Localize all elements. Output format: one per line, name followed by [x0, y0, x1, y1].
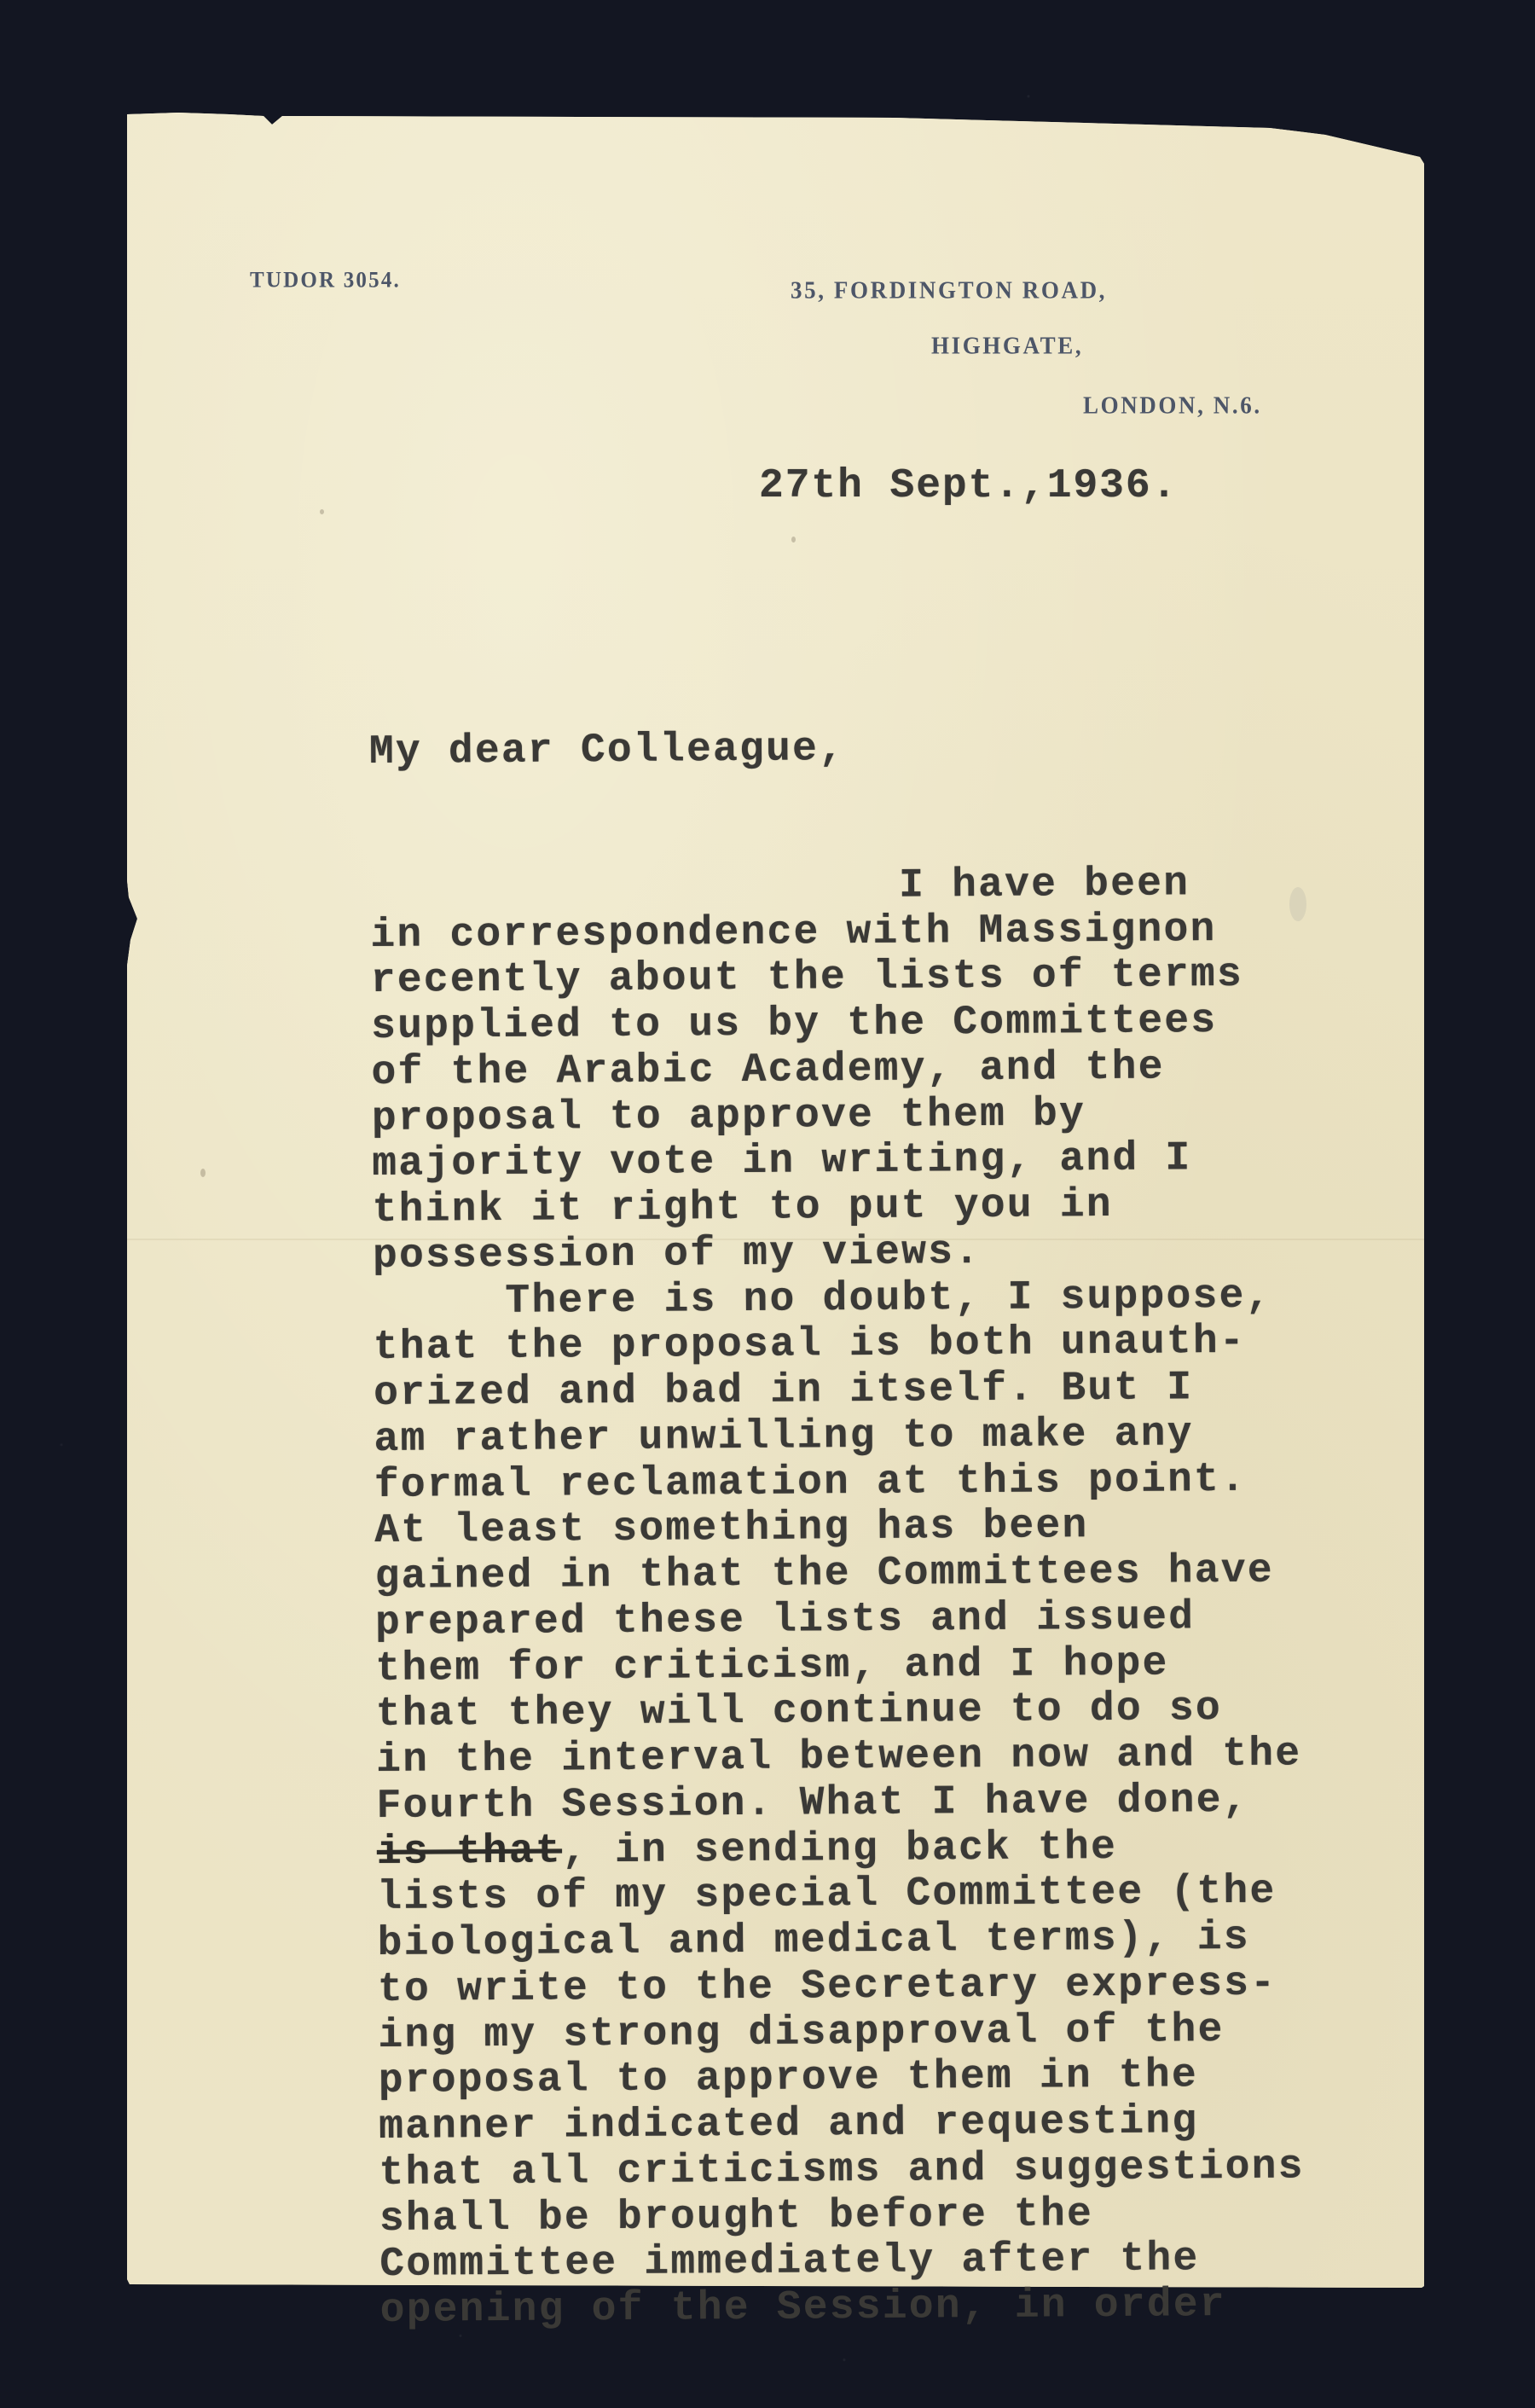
line-text: that the proposal is both unauth-: [374, 1319, 1247, 1371]
typed-line: is that, in sending back the: [377, 1824, 1303, 1876]
line-text: At least something has been: [374, 1503, 1088, 1554]
struck-through-text: is that: [377, 1828, 562, 1876]
typed-line: proposal to approve them by: [372, 1090, 1298, 1142]
typed-line: that all criticisms and suggestions: [379, 2144, 1305, 2196]
letterhead-street: 35, FORDINGTON ROAD,: [791, 276, 1107, 305]
line-text: recently about the lists of terms: [371, 952, 1244, 1004]
typed-line: biological and medical terms), is: [378, 1915, 1304, 1967]
typed-line: Fourth Session. What I have done,: [376, 1778, 1302, 1830]
salutation: My dear Colleague,: [369, 723, 1295, 775]
typed-line: recently about the lists of terms: [371, 953, 1297, 1005]
typed-line: in the interval between now and the: [376, 1732, 1302, 1784]
line-text: manner indicated and requesting: [379, 2098, 1199, 2150]
line-text: ing my strong disapproval of the: [378, 2007, 1225, 2059]
line-text: majority vote in writing, and I: [372, 1136, 1192, 1188]
typed-line: opening of the Session, in order: [380, 2282, 1306, 2334]
typed-line: orized and bad in itself. But I: [374, 1365, 1300, 1417]
paper-blemish: [200, 1169, 206, 1177]
line-text: that all criticisms and suggestions: [379, 2144, 1305, 2196]
line-text: am rather unwilling to make any: [374, 1411, 1194, 1463]
line-text: of the Arabic Academy, and the: [371, 1044, 1164, 1095]
typed-line: think it right to put you in: [373, 1181, 1299, 1233]
line-text: There is no doubt, I suppose,: [505, 1273, 1271, 1324]
typed-line: that the proposal is both unauth-: [374, 1320, 1300, 1372]
letterhead-area: HIGHGATE,: [931, 332, 1083, 360]
line-text: formal reclamation at this point.: [374, 1456, 1248, 1508]
typed-line: possession of my views.: [373, 1227, 1299, 1279]
line-text: Committee immediately after the: [379, 2236, 1200, 2288]
letter-body: My dear Colleague, I have beenin corresp…: [368, 631, 1306, 2380]
line-text: possession of my views.: [373, 1229, 981, 1279]
line-text: shall be brought before the: [379, 2191, 1093, 2243]
typed-line: majority vote in writing, and I: [372, 1136, 1298, 1188]
line-text: gained in that the Committees have: [374, 1548, 1274, 1600]
letterhead-phone: TUDOR 3054.: [250, 269, 401, 293]
line-text: in correspondence with Massignon: [370, 907, 1217, 959]
typed-line: them for criticism, and I hope: [375, 1640, 1301, 1692]
line-text: , in sending back the: [562, 1824, 1117, 1874]
paper-blemish: [791, 537, 796, 543]
typed-line: am rather unwilling to make any: [374, 1411, 1300, 1463]
typed-line: supplied to us by the Committees: [371, 998, 1297, 1050]
line-text: prepared these lists and issued: [375, 1594, 1196, 1646]
typed-line: of the Arabic Academy, and the: [371, 1044, 1297, 1096]
line-text: lists of my special Committee (the: [377, 1869, 1277, 1921]
line-text: supplied to us by the Committees: [371, 998, 1218, 1050]
line-text: that they will continue to do so: [376, 1686, 1223, 1738]
line-text: proposal to approve them by: [372, 1091, 1086, 1142]
typed-line: Committee immediately after the: [379, 2237, 1306, 2289]
line-text: Fourth Session. What I have done,: [376, 1778, 1249, 1830]
typed-line: that they will continue to do so: [376, 1686, 1302, 1738]
typed-line: formal reclamation at this point.: [374, 1457, 1300, 1509]
line-text: to write to the Secretary express-: [378, 1960, 1277, 2012]
line-text: in the interval between now and the: [376, 1731, 1302, 1784]
line-text: proposal to approve them in the: [379, 2052, 1199, 2104]
body-paragraphs: I have beenin correspondence with Massig…: [370, 861, 1306, 2335]
typed-line: proposal to approve them in the: [379, 2053, 1305, 2105]
line-text: I have been: [899, 861, 1190, 908]
typed-line: to write to the Secretary express-: [378, 1961, 1304, 2013]
typed-line: lists of my special Committee (the: [377, 1870, 1303, 1922]
typed-line: ing my strong disapproval of the: [378, 2007, 1304, 2059]
letterhead-city: LONDON, N.6.: [1083, 392, 1262, 420]
typed-line: At least something has been: [374, 1503, 1300, 1555]
line-text: biological and medical terms), is: [377, 1915, 1250, 1967]
typed-line: manner indicated and requesting: [379, 2098, 1305, 2150]
typed-line: prepared these lists and issued: [375, 1594, 1301, 1646]
typed-line: There is no doubt, I suppose,: [373, 1274, 1299, 1326]
typed-line: I have been: [370, 861, 1296, 913]
typed-line: gained in that the Committees have: [375, 1548, 1301, 1600]
line-text: opening of the Session, in order: [380, 2282, 1227, 2334]
line-text: them for criticism, and I hope: [375, 1640, 1168, 1691]
typed-line: in correspondence with Massignon: [370, 907, 1296, 959]
paper-blemish: [320, 509, 324, 514]
line-text: orized and bad in itself. But I: [374, 1365, 1194, 1417]
line-text: think it right to put you in: [372, 1182, 1112, 1233]
typed-line: shall be brought before the: [379, 2190, 1306, 2243]
letter-date: 27th Sept.,1936.: [759, 463, 1178, 509]
